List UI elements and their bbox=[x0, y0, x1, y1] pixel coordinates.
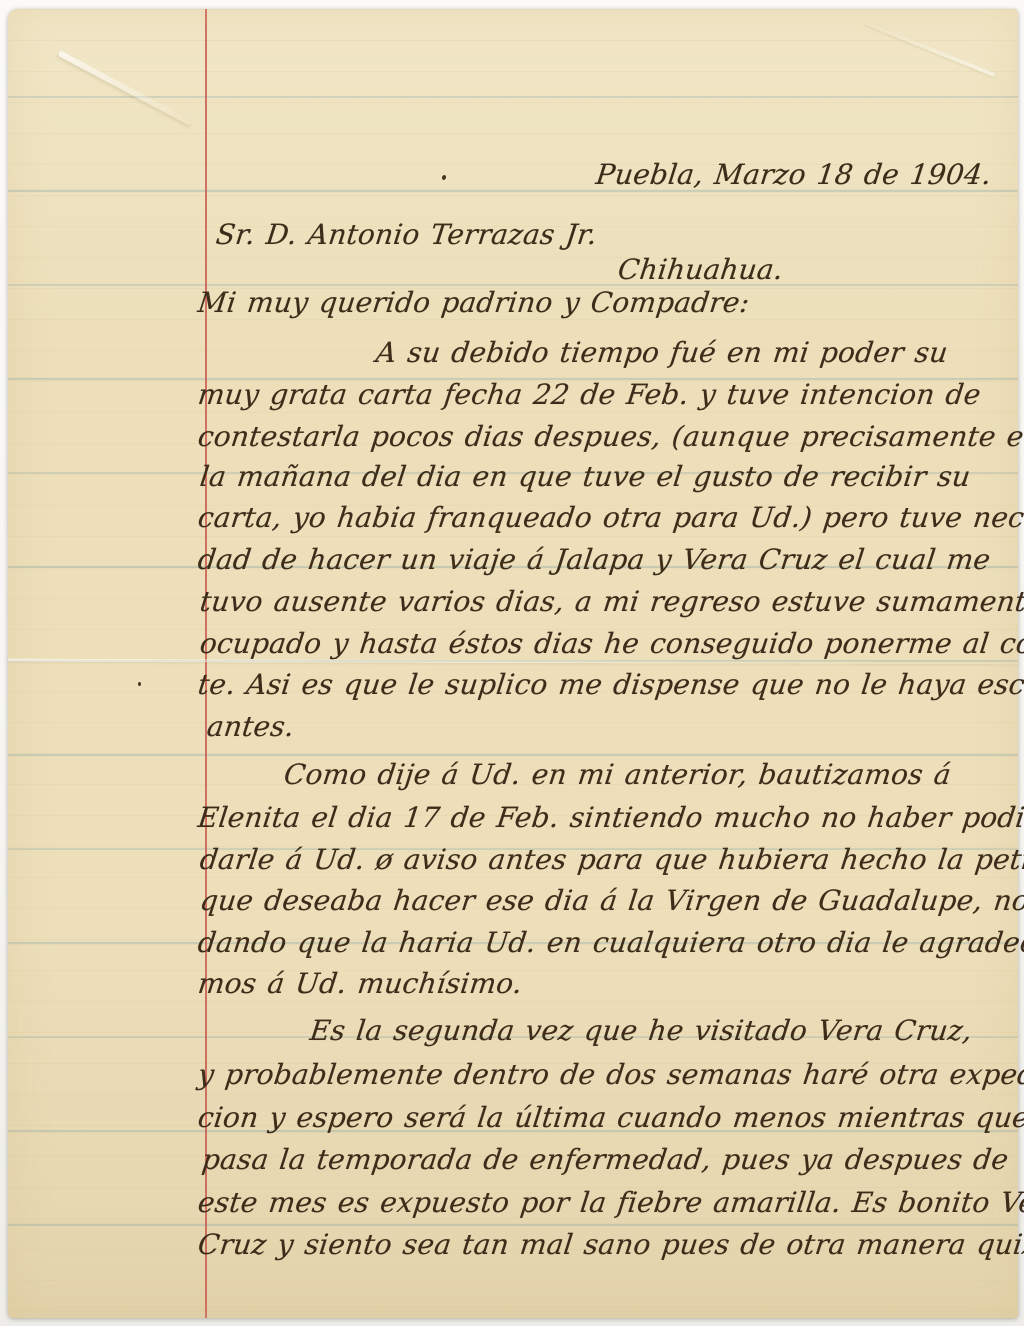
ink-speck bbox=[441, 174, 446, 180]
letter-line: Como dije á Ud. en mi anterior, bautizam… bbox=[282, 758, 953, 792]
recipient-name: Sr. D. Antonio Terrazas Jr. bbox=[214, 218, 599, 252]
letter-line: Elenita el dia 17 de Feb. sintiendo much… bbox=[196, 801, 1024, 835]
letter-paper: Puebla, Marzo 18 de 1904. Sr. D. Antonio… bbox=[8, 9, 1018, 1318]
top-right-corner-crease bbox=[864, 21, 995, 77]
top-left-corner-crease bbox=[57, 50, 192, 126]
dateline: Puebla, Marzo 18 de 1904. bbox=[594, 158, 993, 192]
letter-line: dando que la haria Ud. en cualquiera otr… bbox=[196, 926, 1024, 960]
letter-line: contestarla pocos dias despues, (aunque … bbox=[196, 420, 1024, 454]
salutation: Mi muy querido padrino y Compadre: bbox=[196, 286, 752, 320]
letter-line: tuvo ausente varios dias, a mi regreso e… bbox=[198, 585, 1024, 619]
letter-line: la mañana del dia en que tuve el gusto d… bbox=[198, 460, 972, 494]
recipient-city: Chihuahua. bbox=[616, 253, 785, 287]
letter-line: muy grata carta fecha 22 de Feb. y tuve … bbox=[196, 378, 983, 412]
letter-line: pasa la temporada de enfermedad, pues ya… bbox=[200, 1143, 1010, 1177]
letter-line: que deseaba hacer ese dia á la Virgen de… bbox=[198, 884, 1024, 918]
letter-line: darle á Ud. ø aviso antes para que hubie… bbox=[198, 843, 1024, 877]
letter-line: antes. bbox=[205, 710, 296, 744]
letter-line: este mes es expuesto por la fiebre amari… bbox=[196, 1186, 1024, 1220]
letter-line: cion y espero será la última cuando meno… bbox=[196, 1101, 1024, 1135]
letter-line: ocupado y hasta éstos dias he conseguido… bbox=[198, 627, 1024, 661]
letter-line: A su debido tiempo fué en mi poder su bbox=[374, 336, 950, 370]
letter-line: mos á Ud. muchísimo. bbox=[196, 967, 524, 1001]
letter-line: Cruz y siento sea tan mal sano pues de o… bbox=[196, 1228, 1024, 1262]
letter-line: y probablemente dentro de dos semanas ha… bbox=[196, 1058, 1024, 1092]
letter-line: carta, yo habia franqueado otra para Ud.… bbox=[196, 501, 1024, 535]
letter-line: dad de hacer un viaje á Jalapa y Vera Cr… bbox=[196, 543, 992, 577]
ink-speck bbox=[138, 682, 141, 686]
letter-line: Es la segunda vez que he visitado Vera C… bbox=[308, 1014, 974, 1048]
letter-line: te. Asi es que le suplico me dispense qu… bbox=[196, 668, 1024, 702]
